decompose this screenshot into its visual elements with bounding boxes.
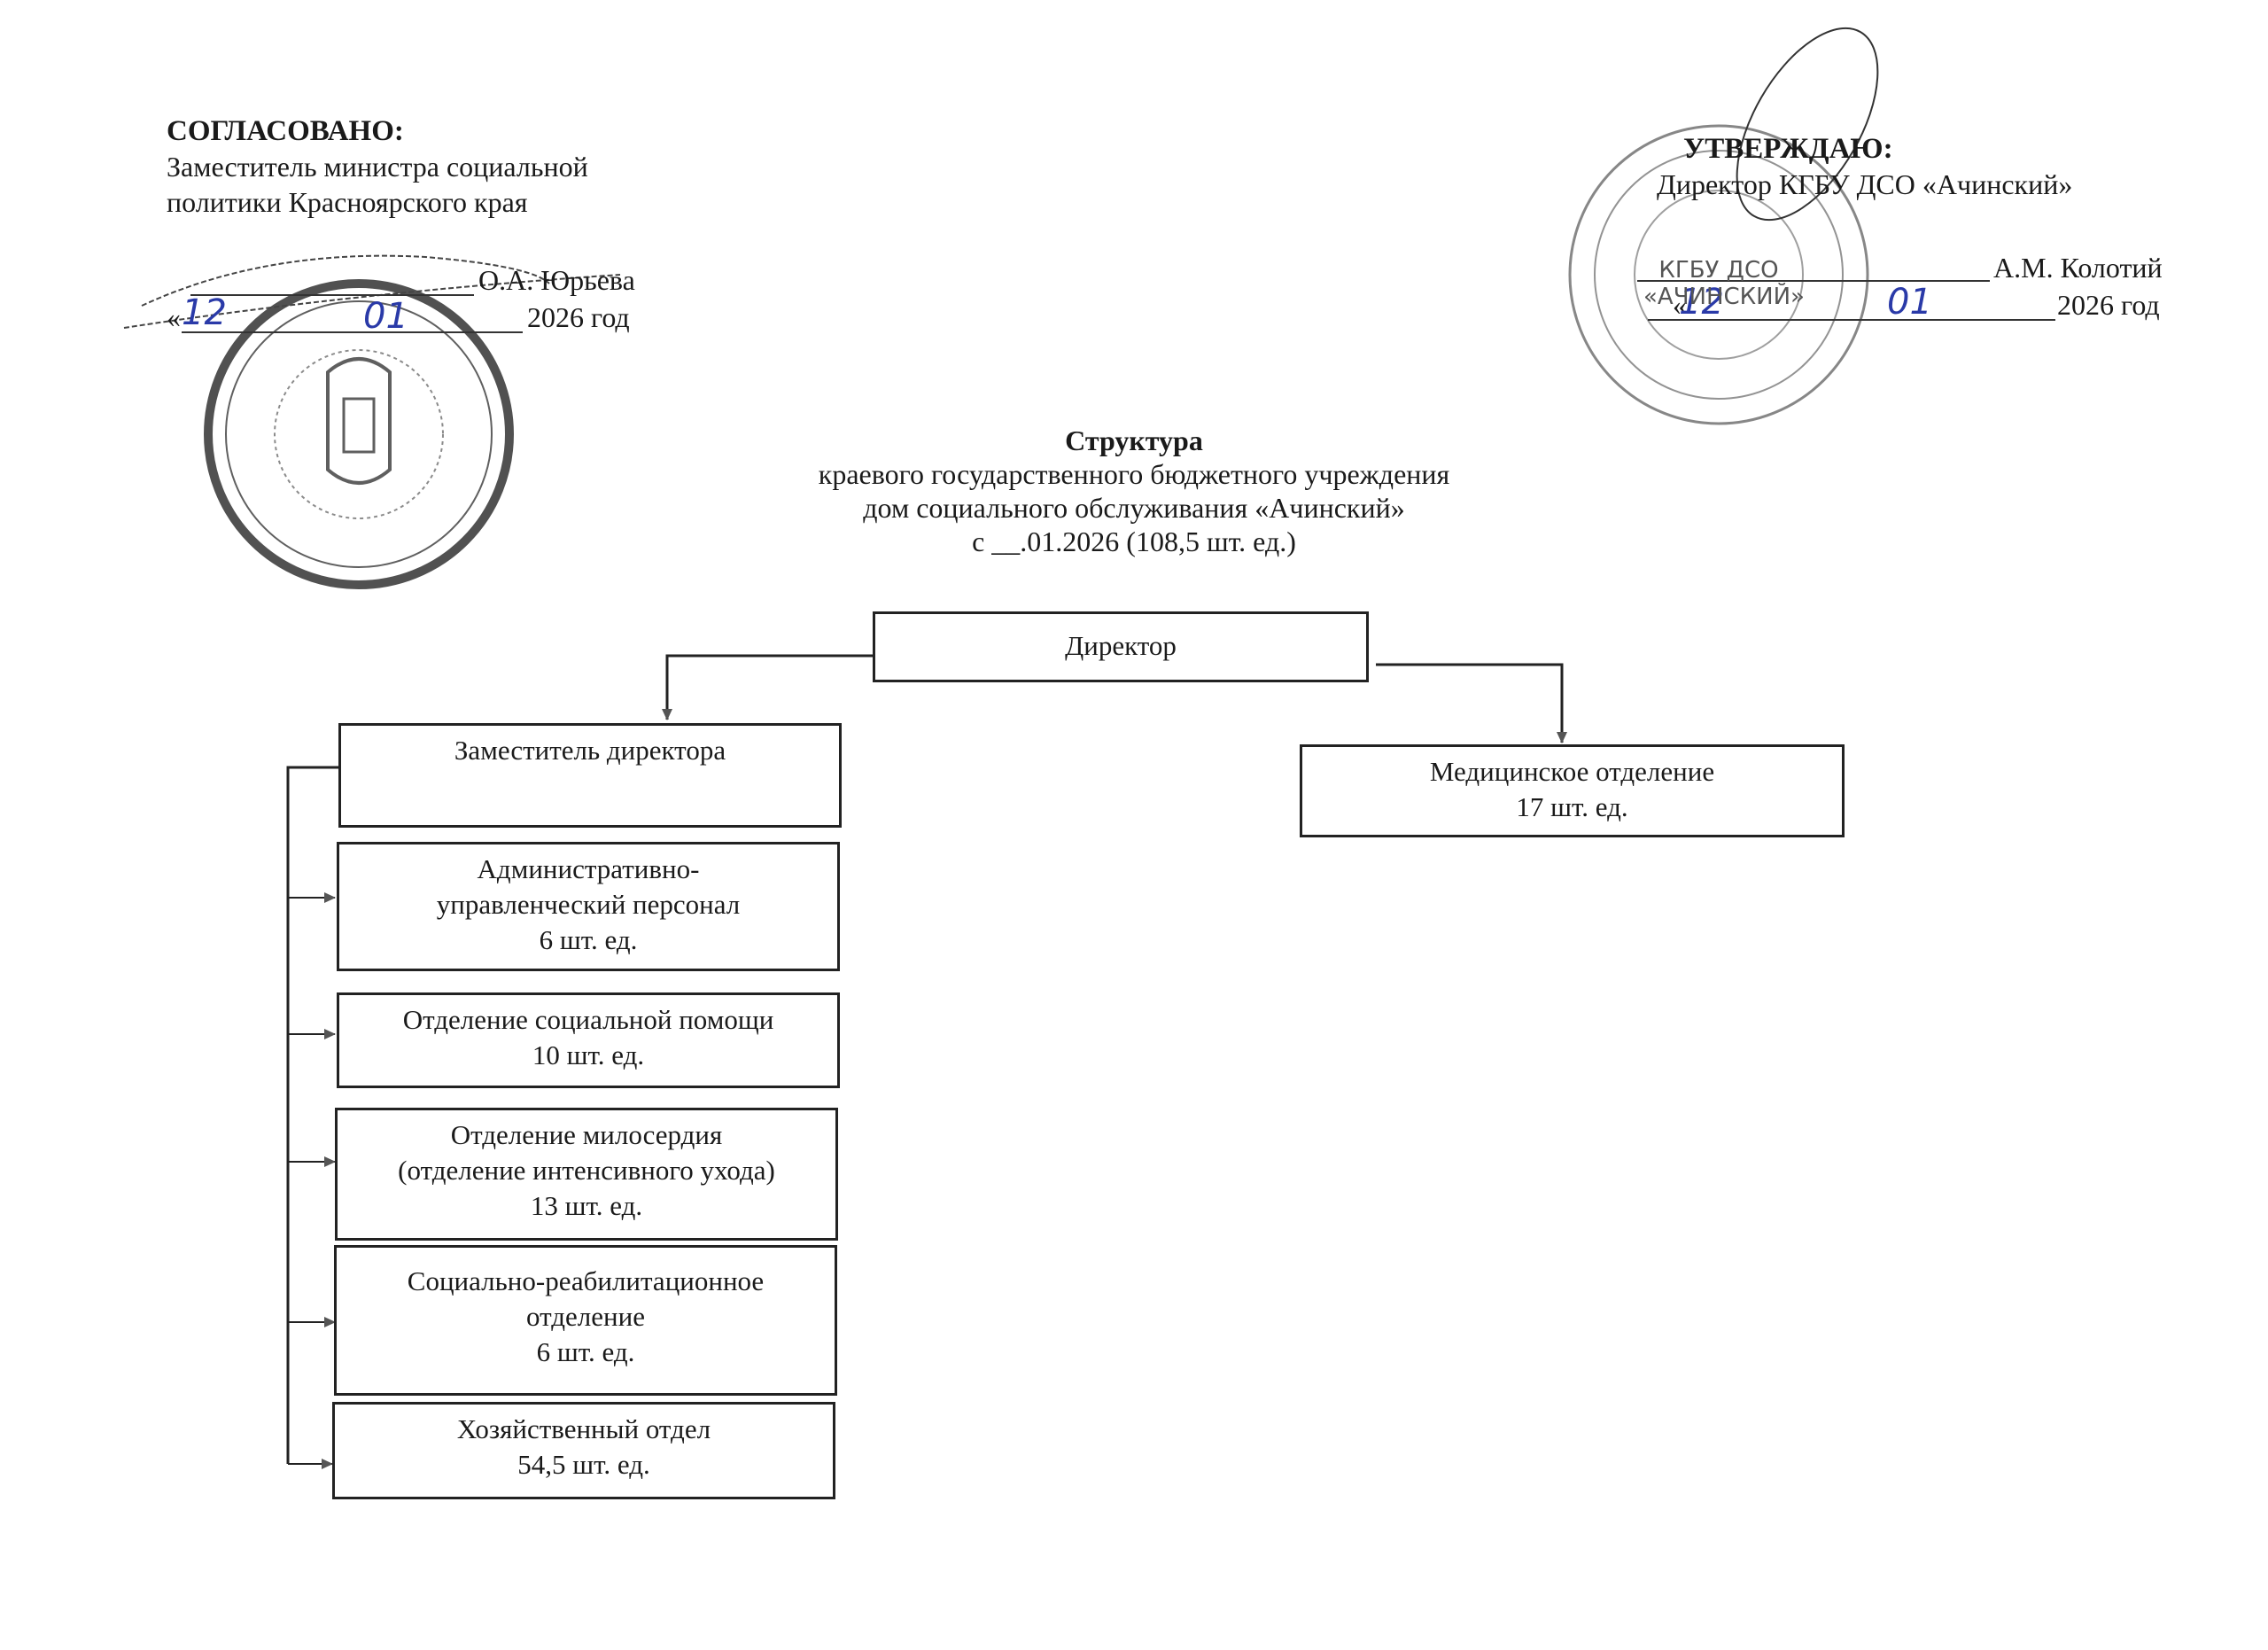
node-department-social-aid: Отделение социальной помощи 10 шт. ед. bbox=[337, 992, 840, 1088]
dept-staff: 6 шт. ед. bbox=[339, 922, 837, 958]
dept-staff: 10 шт. ед. bbox=[339, 1038, 837, 1073]
node-department-admin: Административно- управленческий персонал… bbox=[337, 842, 840, 971]
dept-staff: 6 шт. ед. bbox=[337, 1335, 835, 1370]
approver-position-right: Директор КГБУ ДСО «Ачинский» bbox=[1657, 167, 2072, 202]
dept-line2: (отделение интенсивного ухода) bbox=[338, 1153, 835, 1188]
title-line3: с __.01.2026 (108,5 шт. ед.) bbox=[0, 525, 2268, 558]
node-department-rehab: Социально-реабилитационное отделение 6 ш… bbox=[334, 1245, 837, 1396]
medical-name: Медицинское отделение bbox=[1302, 754, 1842, 790]
node-department-household: Хозяйственный отдел 54,5 шт. ед. bbox=[332, 1402, 835, 1499]
dept-line1: Административно- bbox=[339, 852, 837, 887]
signer-name-left: О.А. Юрьева bbox=[478, 264, 635, 297]
title-main: Структура bbox=[0, 424, 2268, 457]
medical-staff: 17 шт. ед. bbox=[1302, 790, 1842, 825]
dept-line2: отделение bbox=[337, 1299, 835, 1335]
approval-heading-left: СОГЛАСОВАНО: bbox=[167, 113, 588, 149]
dept-line1: Хозяйственный отдел bbox=[335, 1412, 833, 1447]
institution-stamp-text: КГБУ ДСО «АЧИНСКИЙ» bbox=[1643, 257, 1794, 310]
signature-line-left bbox=[190, 294, 474, 296]
date-line-left bbox=[182, 331, 523, 333]
title-line1: краевого государственного бюджетного учр… bbox=[0, 457, 2268, 491]
dept-line1: Отделение милосердия bbox=[338, 1117, 835, 1153]
dept-line1: Отделение социальной помощи bbox=[339, 1002, 837, 1038]
date-line-right bbox=[1705, 319, 2055, 321]
approval-heading-right: УТВЕРЖДАЮ: bbox=[1657, 131, 2072, 167]
dept-staff: 13 шт. ед. bbox=[338, 1188, 835, 1224]
date-year-right: 2026 год bbox=[2057, 289, 2160, 322]
approver-position-line2: политики Красноярского края bbox=[167, 184, 588, 220]
node-medical-department: Медицинское отделение 17 шт. ед. bbox=[1300, 744, 1845, 837]
signer-name-right: А.М. Колотий bbox=[1993, 252, 2163, 284]
date-year-left: 2026 год bbox=[527, 301, 630, 334]
date-month-right: 01 bbox=[1887, 282, 1932, 323]
approval-block-left: СОГЛАСОВАНО: Заместитель министра социал… bbox=[167, 113, 588, 220]
document-title: Структура краевого государственного бюдж… bbox=[0, 424, 2268, 558]
node-director: Директор bbox=[873, 611, 1369, 682]
dept-line1: Социально-реабилитационное bbox=[337, 1264, 835, 1299]
title-line2: дом социального обслуживания «Ачинский» bbox=[0, 491, 2268, 525]
dept-line2: управленческий персонал bbox=[339, 887, 837, 922]
date-day-left: 12 bbox=[182, 292, 227, 333]
node-department-mercy: Отделение милосердия (отделение интенсив… bbox=[335, 1108, 838, 1241]
date-month-left: 01 bbox=[363, 296, 408, 337]
approver-position-line1: Заместитель министра социальной bbox=[167, 149, 588, 184]
date-quote-left: « bbox=[167, 301, 181, 334]
dept-staff: 54,5 шт. ед. bbox=[335, 1447, 833, 1483]
node-director-label: Директор bbox=[1065, 630, 1177, 661]
node-deputy-label: Заместитель директора bbox=[454, 735, 726, 766]
node-deputy-director: Заместитель директора bbox=[338, 723, 842, 828]
approval-block-right: УТВЕРЖДАЮ: Директор КГБУ ДСО «Ачинский» bbox=[1657, 131, 2072, 202]
